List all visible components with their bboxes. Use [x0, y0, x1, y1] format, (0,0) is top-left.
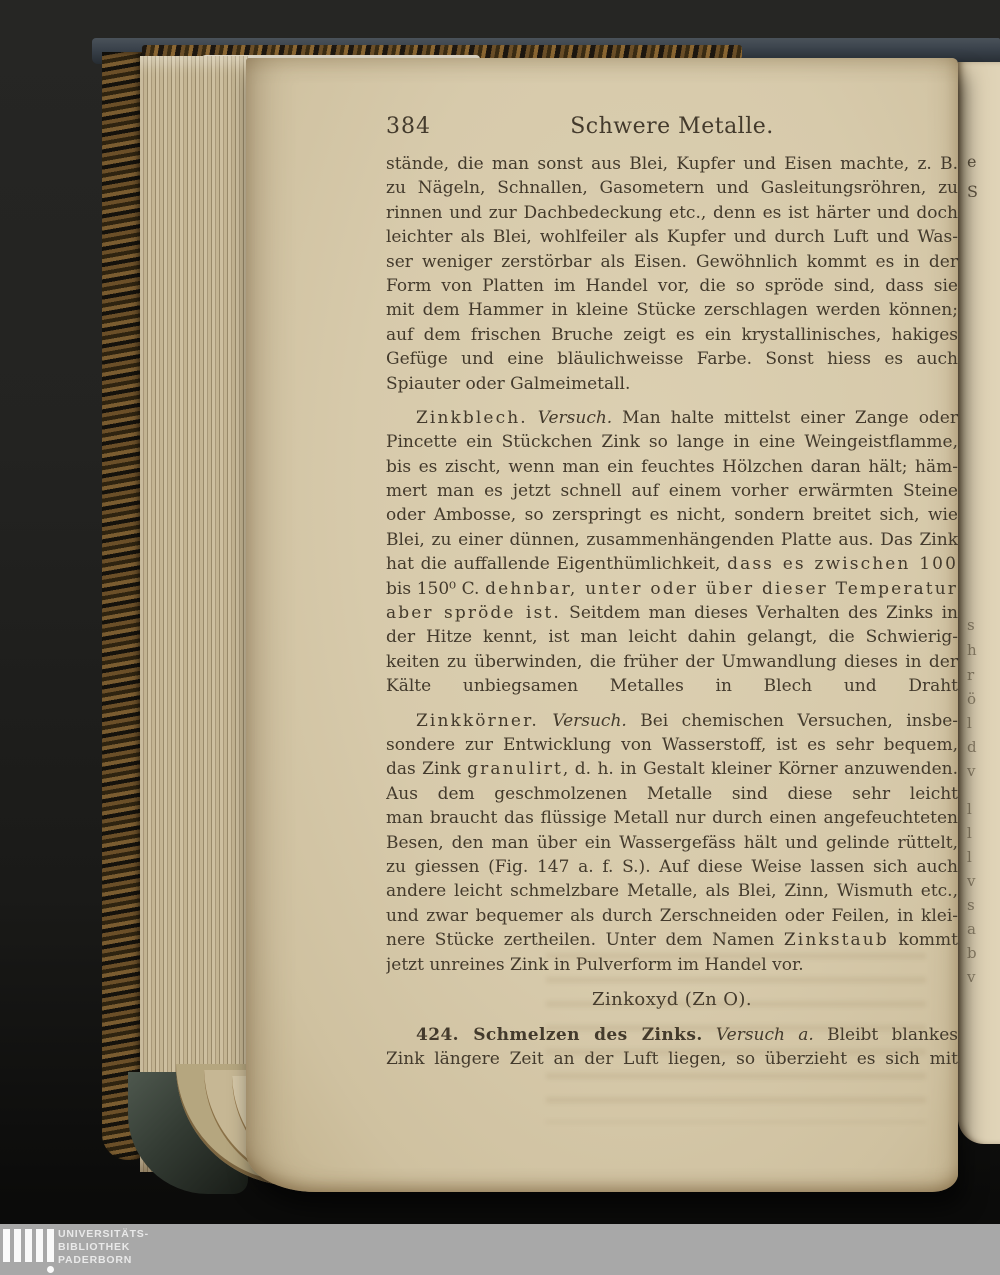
text-line: Zinkkörner. Versuch. Bei chemischen Vers…: [386, 709, 958, 733]
text-line: jetzt unreines Zink in Pulverform im Han…: [386, 953, 958, 977]
text-block: stände, die man sonst aus Blei, Kupfer u…: [386, 152, 958, 1072]
text-segment: Bei chemischen Versuchen, insbe-: [627, 711, 958, 731]
text-line: zu giessen (Fig. 147 a. f. S.). Auf dies…: [386, 855, 958, 879]
facing-page-text-fragment: r: [967, 666, 974, 684]
text-segment: hat die auffallende Eigenthümlichkeit,: [386, 554, 727, 574]
logo-bar: [36, 1229, 43, 1262]
text-segment: sondere zur Entwicklung von Wasserstoff,…: [386, 735, 958, 755]
facing-page-text-fragment: l: [967, 800, 972, 818]
facing-page-text-fragment: l: [967, 714, 972, 732]
text-line: leichter als Blei, wohlfeiler als Kupfer…: [386, 225, 958, 249]
library-name-line: PADERBORN: [58, 1254, 149, 1267]
text-segment: Form von Platten im Handel vor, die so s…: [386, 276, 958, 296]
text-line: Spiauter oder Galmeimetall.: [386, 372, 958, 396]
running-title: Schwere Metalle.: [386, 114, 958, 139]
text-line: aber spröde ist. Seitdem man dieses Verh…: [386, 601, 958, 625]
text-line: Blei, zu einer dünnen, zusammenhängenden…: [386, 528, 958, 552]
text-line: bis 150⁰ C. dehnbar, unter oder über die…: [386, 577, 958, 601]
text-segment: kommt: [889, 930, 958, 950]
text-segment: Versuch a.: [716, 1025, 814, 1045]
text-segment: Zinkkörner.: [416, 711, 539, 731]
text-line: Zinkblech. Versuch. Man halte mittelst e…: [386, 406, 958, 430]
facing-page-text-fragment: e: [967, 152, 976, 171]
library-footer-band: UNIVERSITÄTS-BIBLIOTHEKPADERBORN: [0, 1224, 1000, 1275]
text-line: nere Stücke zertheilen. Unter dem Namen …: [386, 928, 958, 952]
text-segment: mit dem Hammer in kleine Stücke zerschla…: [386, 300, 958, 320]
text-segment: auf dem frischen Bruche zeigt es ein kry…: [386, 325, 958, 345]
text-segment: Versuch.: [552, 711, 626, 731]
paragraph: Zinkblech. Versuch. Man halte mittelst e…: [386, 406, 958, 699]
text-line: keiten zu überwinden, die früher der Umw…: [386, 650, 958, 674]
logo-dot: [47, 1266, 54, 1273]
text-segment: Spiauter oder Galmeimetall.: [386, 374, 630, 394]
facing-page-text-fragment: s: [967, 896, 975, 914]
text-line: bis es zischt, wenn man ein feuchtes Höl…: [386, 455, 958, 479]
library-name-line: UNIVERSITÄTS-: [58, 1228, 149, 1241]
page-edges-fan: [140, 56, 248, 1172]
text-line: rinnen und zur Dachbedeckung etc., denn …: [386, 201, 958, 225]
text-segment: oder Ambosse, so zerspringt es nicht, so…: [386, 505, 958, 525]
text-segment: Bleibt blankes: [814, 1025, 958, 1045]
facing-page-sliver: eSshröldvlllvsabv: [958, 62, 1000, 1144]
text-line: Zink längere Zeit an der Luft liegen, so…: [386, 1047, 958, 1071]
text-line: 424. Schmelzen des Zinks. Versuch a. Ble…: [386, 1023, 958, 1047]
paragraph: stände, die man sonst aus Blei, Kupfer u…: [386, 152, 958, 396]
text-segment: Aus dem geschmolzenen Metalle sind diese…: [386, 784, 958, 806]
text-segment: [528, 408, 538, 428]
text-segment: zu giessen (Fig. 147 a. f. S.). Auf dies…: [386, 857, 958, 877]
text-line: mert man es jetzt schnell auf einem vorh…: [386, 479, 958, 503]
text-segment: , d. h. in Gestalt kleiner Körner anzuwe…: [563, 759, 958, 779]
text-segment: man braucht das flüssige Metall nur durc…: [386, 808, 958, 828]
text-segment: Gefüge und eine bläulichweisse Farbe. So…: [386, 349, 958, 369]
text-segment: bis es zischt, wenn man ein feuchtes Höl…: [386, 457, 958, 477]
text-line: stände, die man sonst aus Blei, Kupfer u…: [386, 152, 958, 176]
facing-page-text-fragment: v: [967, 872, 975, 890]
text-line: auf dem frischen Bruche zeigt es ein kry…: [386, 323, 958, 347]
text-line: andere leicht schmelzbare Metalle, als B…: [386, 879, 958, 903]
text-line: sondere zur Entwicklung von Wasserstoff,…: [386, 733, 958, 757]
library-logo-icon: [3, 1229, 57, 1273]
text-segment: dehnbar, unter oder über dieser Temperat…: [485, 579, 958, 599]
text-line: Form von Platten im Handel vor, die so s…: [386, 274, 958, 298]
text-segment: und zwar bequemer als durch Zerschneiden…: [386, 906, 958, 926]
text-segment: dass es zwischen 100: [727, 554, 958, 574]
text-segment: Zink längere Zeit an der Luft liegen, so…: [386, 1049, 958, 1069]
text-segment: Versuch.: [538, 408, 612, 428]
paragraph: 424. Schmelzen des Zinks. Versuch a. Ble…: [386, 1023, 958, 1072]
text-segment: Seitdem man dieses Verhalten des Zinks i…: [561, 603, 958, 623]
text-segment: der Hitze kennt, ist man leicht dahin ge…: [386, 627, 958, 647]
text-segment: [703, 1025, 716, 1045]
text-line: Besen, den man über ein Wassergefäss häl…: [386, 831, 958, 855]
text-segment: rinnen und zur Dachbedeckung etc., denn …: [386, 203, 958, 223]
library-name: UNIVERSITÄTS-BIBLIOTHEKPADERBORN: [58, 1228, 149, 1267]
facing-page-text-fragment: S: [967, 182, 978, 201]
text-segment: Zinkstaub: [784, 930, 889, 950]
scanned-page: 384 Schwere Metalle. stände, die man son…: [246, 58, 958, 1192]
page-content: 384 Schwere Metalle. stände, die man son…: [386, 112, 958, 1082]
text-segment: stände, die man sonst aus Blei, Kupfer u…: [386, 154, 958, 174]
text-segment: [539, 711, 552, 731]
text-line: Kälte unbiegsamen Metalles in Blech und …: [386, 674, 958, 698]
facing-page-text-fragment: h: [967, 641, 977, 659]
text-segment: nere Stücke zertheilen. Unter dem Namen: [386, 930, 784, 950]
facing-page-text-fragment: a: [967, 920, 976, 938]
text-segment: 424. Schmelzen des Zinks.: [416, 1025, 703, 1045]
logo-bar: [25, 1229, 32, 1262]
page-header: 384 Schwere Metalle.: [386, 112, 958, 152]
logo-bar: [3, 1229, 10, 1262]
text-segment: Kälte unbiegsamen Metalles in Blech und …: [386, 676, 958, 698]
text-segment: granulirt: [467, 759, 563, 779]
text-line: zu Nägeln, Schnallen, Gasometern und Gas…: [386, 176, 958, 200]
text-line: Aus dem geschmolzenen Metalle sind diese…: [386, 782, 958, 806]
facing-page-text-fragment: d: [967, 738, 977, 756]
facing-page-text-fragment: b: [967, 944, 977, 962]
text-segment: zu Nägeln, Schnallen, Gasometern und Gas…: [386, 178, 958, 200]
text-line: der Hitze kennt, ist man leicht dahin ge…: [386, 625, 958, 649]
text-segment: ser weniger zerstörbar als Eisen. Gewöhn…: [386, 252, 958, 272]
text-line: ser weniger zerstörbar als Eisen. Gewöhn…: [386, 250, 958, 274]
text-segment: Besen, den man über ein Wassergefäss häl…: [386, 833, 958, 853]
logo-bar: [47, 1229, 54, 1262]
text-line: mit dem Hammer in kleine Stücke zerschla…: [386, 298, 958, 322]
text-line: Pincette ein Stückchen Zink so lange in …: [386, 430, 958, 454]
text-line: oder Ambosse, so zerspringt es nicht, so…: [386, 503, 958, 527]
text-segment: Zinkblech.: [416, 408, 528, 428]
library-name-line: BIBLIOTHEK: [58, 1241, 149, 1254]
text-segment: aber spröde ist.: [386, 603, 561, 623]
facing-page-text-fragment: l: [967, 848, 972, 866]
text-line: Gefüge und eine bläulichweisse Farbe. So…: [386, 347, 958, 371]
facing-page-text-fragment: v: [967, 762, 975, 780]
book-fore-edge-marbling: [102, 52, 142, 1160]
text-segment: jetzt unreines Zink in Pulverform im Han…: [386, 955, 804, 975]
text-segment: bis 150⁰ C.: [386, 579, 485, 599]
logo-bar: [14, 1229, 21, 1262]
text-line: man braucht das flüssige Metall nur durc…: [386, 806, 958, 830]
facing-page-text-fragment: s: [967, 616, 975, 634]
text-segment: Pincette ein Stückchen Zink so lange in …: [386, 432, 958, 452]
text-line: das Zink granulirt, d. h. in Gestalt kle…: [386, 757, 958, 781]
text-segment: mert man es jetzt schnell auf einem vorh…: [386, 481, 958, 501]
text-line: und zwar bequemer als durch Zerschneiden…: [386, 904, 958, 928]
text-line: hat die auffallende Eigenthümlichkeit, d…: [386, 552, 958, 576]
facing-page-text-fragment: l: [967, 824, 972, 842]
paragraph: Zinkkörner. Versuch. Bei chemischen Vers…: [386, 709, 958, 977]
text-segment: keiten zu überwinden, die früher der Umw…: [386, 652, 958, 672]
text-segment: das Zink: [386, 759, 467, 779]
text-segment: Man halte mittelst einer Zange oder: [612, 408, 958, 428]
text-segment: leichter als Blei, wohlfeiler als Kupfer…: [386, 227, 958, 247]
facing-page-text-fragment: v: [967, 968, 975, 986]
section-heading: Zinkoxyd (Zn O).: [386, 987, 958, 1013]
text-segment: Blei, zu einer dünnen, zusammenhängenden…: [386, 530, 958, 550]
facing-page-text-fragment: ö: [967, 690, 976, 708]
text-segment: andere leicht schmelzbare Metalle, als B…: [386, 881, 958, 901]
